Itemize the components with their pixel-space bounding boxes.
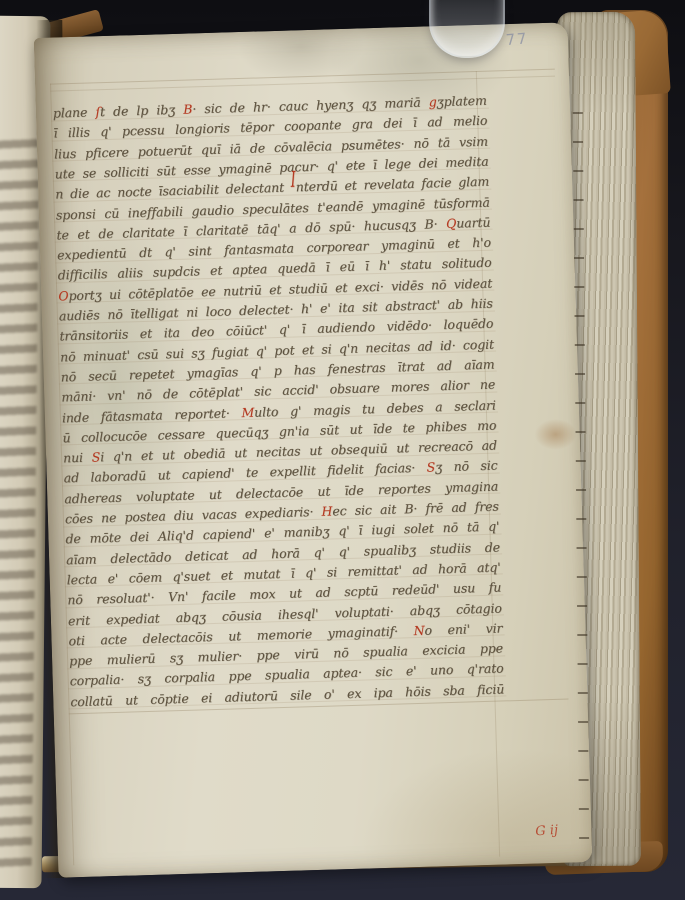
- rubricated-letter: M: [241, 404, 254, 419]
- ink-text: nui: [63, 450, 92, 466]
- rubricated-letter: N: [413, 623, 424, 638]
- page-recto: 77 plane ſt de lp ibʒ B· sic de hr· cauc…: [34, 22, 593, 877]
- ink-text: o eni' vir: [424, 620, 502, 637]
- facing-page-text-showthrough: [0, 136, 39, 874]
- rubricated-letter: Q: [446, 215, 457, 230]
- ink-text: plane: [53, 104, 96, 120]
- ruling-line-top-second: [50, 76, 555, 92]
- ink-text: inde fātasmata reportet·: [62, 405, 242, 425]
- ink-text: ʒplatem: [436, 93, 487, 109]
- rubricated-letter: I: [290, 162, 296, 198]
- text-block: plane ſt de lp ibʒ B· sic de hr· cauc hy…: [53, 91, 505, 716]
- folio-number: 77: [505, 28, 547, 51]
- rubricated-letter: O: [58, 288, 69, 303]
- ink-text: nterdū et revelata facie glam: [296, 174, 490, 195]
- ink-text: ʒ nō sic: [435, 458, 498, 475]
- ink-text: t de lp ibʒ: [100, 102, 184, 119]
- manuscript-photo: 77 plane ſt de lp ibʒ B· sic de hr· cauc…: [0, 0, 685, 900]
- ink-text: uartū: [456, 214, 490, 230]
- ink-text: ec sic ait B· frē ad fres: [332, 499, 499, 519]
- rubricated-letter: H: [321, 503, 332, 518]
- quire-signature: G ij: [535, 821, 582, 842]
- rubricated-letter: B: [183, 101, 193, 116]
